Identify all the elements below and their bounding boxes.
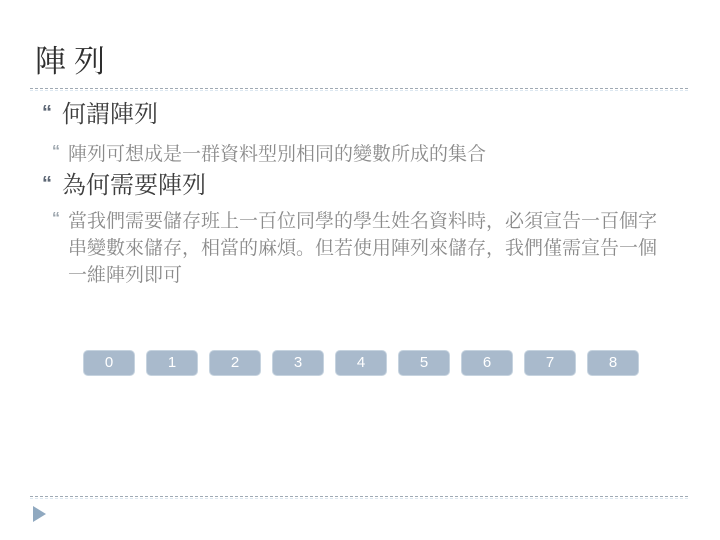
title-divider-rule: [30, 88, 688, 92]
bullet-heading-text: 何謂陣列: [62, 100, 158, 130]
bullet-heading-text: 為何需要陣列: [62, 171, 206, 201]
array-cell-4: 4: [335, 350, 387, 376]
array-cell-6: 6: [461, 350, 513, 376]
sub-bullet-array-motivation: “ 當我們需要儲存班上一百位同學的學生姓名資料時，必須宣告一百個字串變數來儲存，…: [52, 208, 670, 289]
sub-bullet-text: 陣列可想成是一群資料型別相同的變數所成的集合: [68, 141, 670, 168]
array-cell-8: 8: [587, 350, 639, 376]
sub-bullet-text: 當我們需要儲存班上一百位同學的學生姓名資料時，必須宣告一百個字串變數來儲存，相當…: [68, 208, 670, 289]
quote-bullet-icon: “: [52, 211, 68, 227]
array-cell-3: 3: [272, 350, 324, 376]
sub-bullet-array-definition: “ 陣列可想成是一群資料型別相同的變數所成的集合: [52, 141, 670, 168]
slide-pointer-triangle-icon: [33, 506, 46, 522]
array-cell-7: 7: [524, 350, 576, 376]
quote-bullet-icon: “: [52, 144, 68, 160]
array-cell-2: 2: [209, 350, 261, 376]
bullet-item-what-is-array: “ 何謂陣列: [42, 100, 158, 130]
array-cell-1: 1: [146, 350, 198, 376]
quote-bullet-icon: “: [42, 103, 62, 123]
array-cells-row: 0 1 2 3 4 5 6 7 8: [83, 350, 639, 376]
slide-title: 陣列: [35, 42, 113, 82]
array-cell-0: 0: [83, 350, 135, 376]
array-cell-5: 5: [398, 350, 450, 376]
slide-canvas: 陣列 “ 何謂陣列 “ 陣列可想成是一群資料型別相同的變數所成的集合 “ 為何需…: [0, 0, 720, 540]
footer-divider-rule: [30, 496, 688, 500]
bullet-item-why-need-array: “ 為何需要陣列: [42, 171, 206, 201]
quote-bullet-icon: “: [42, 174, 62, 194]
